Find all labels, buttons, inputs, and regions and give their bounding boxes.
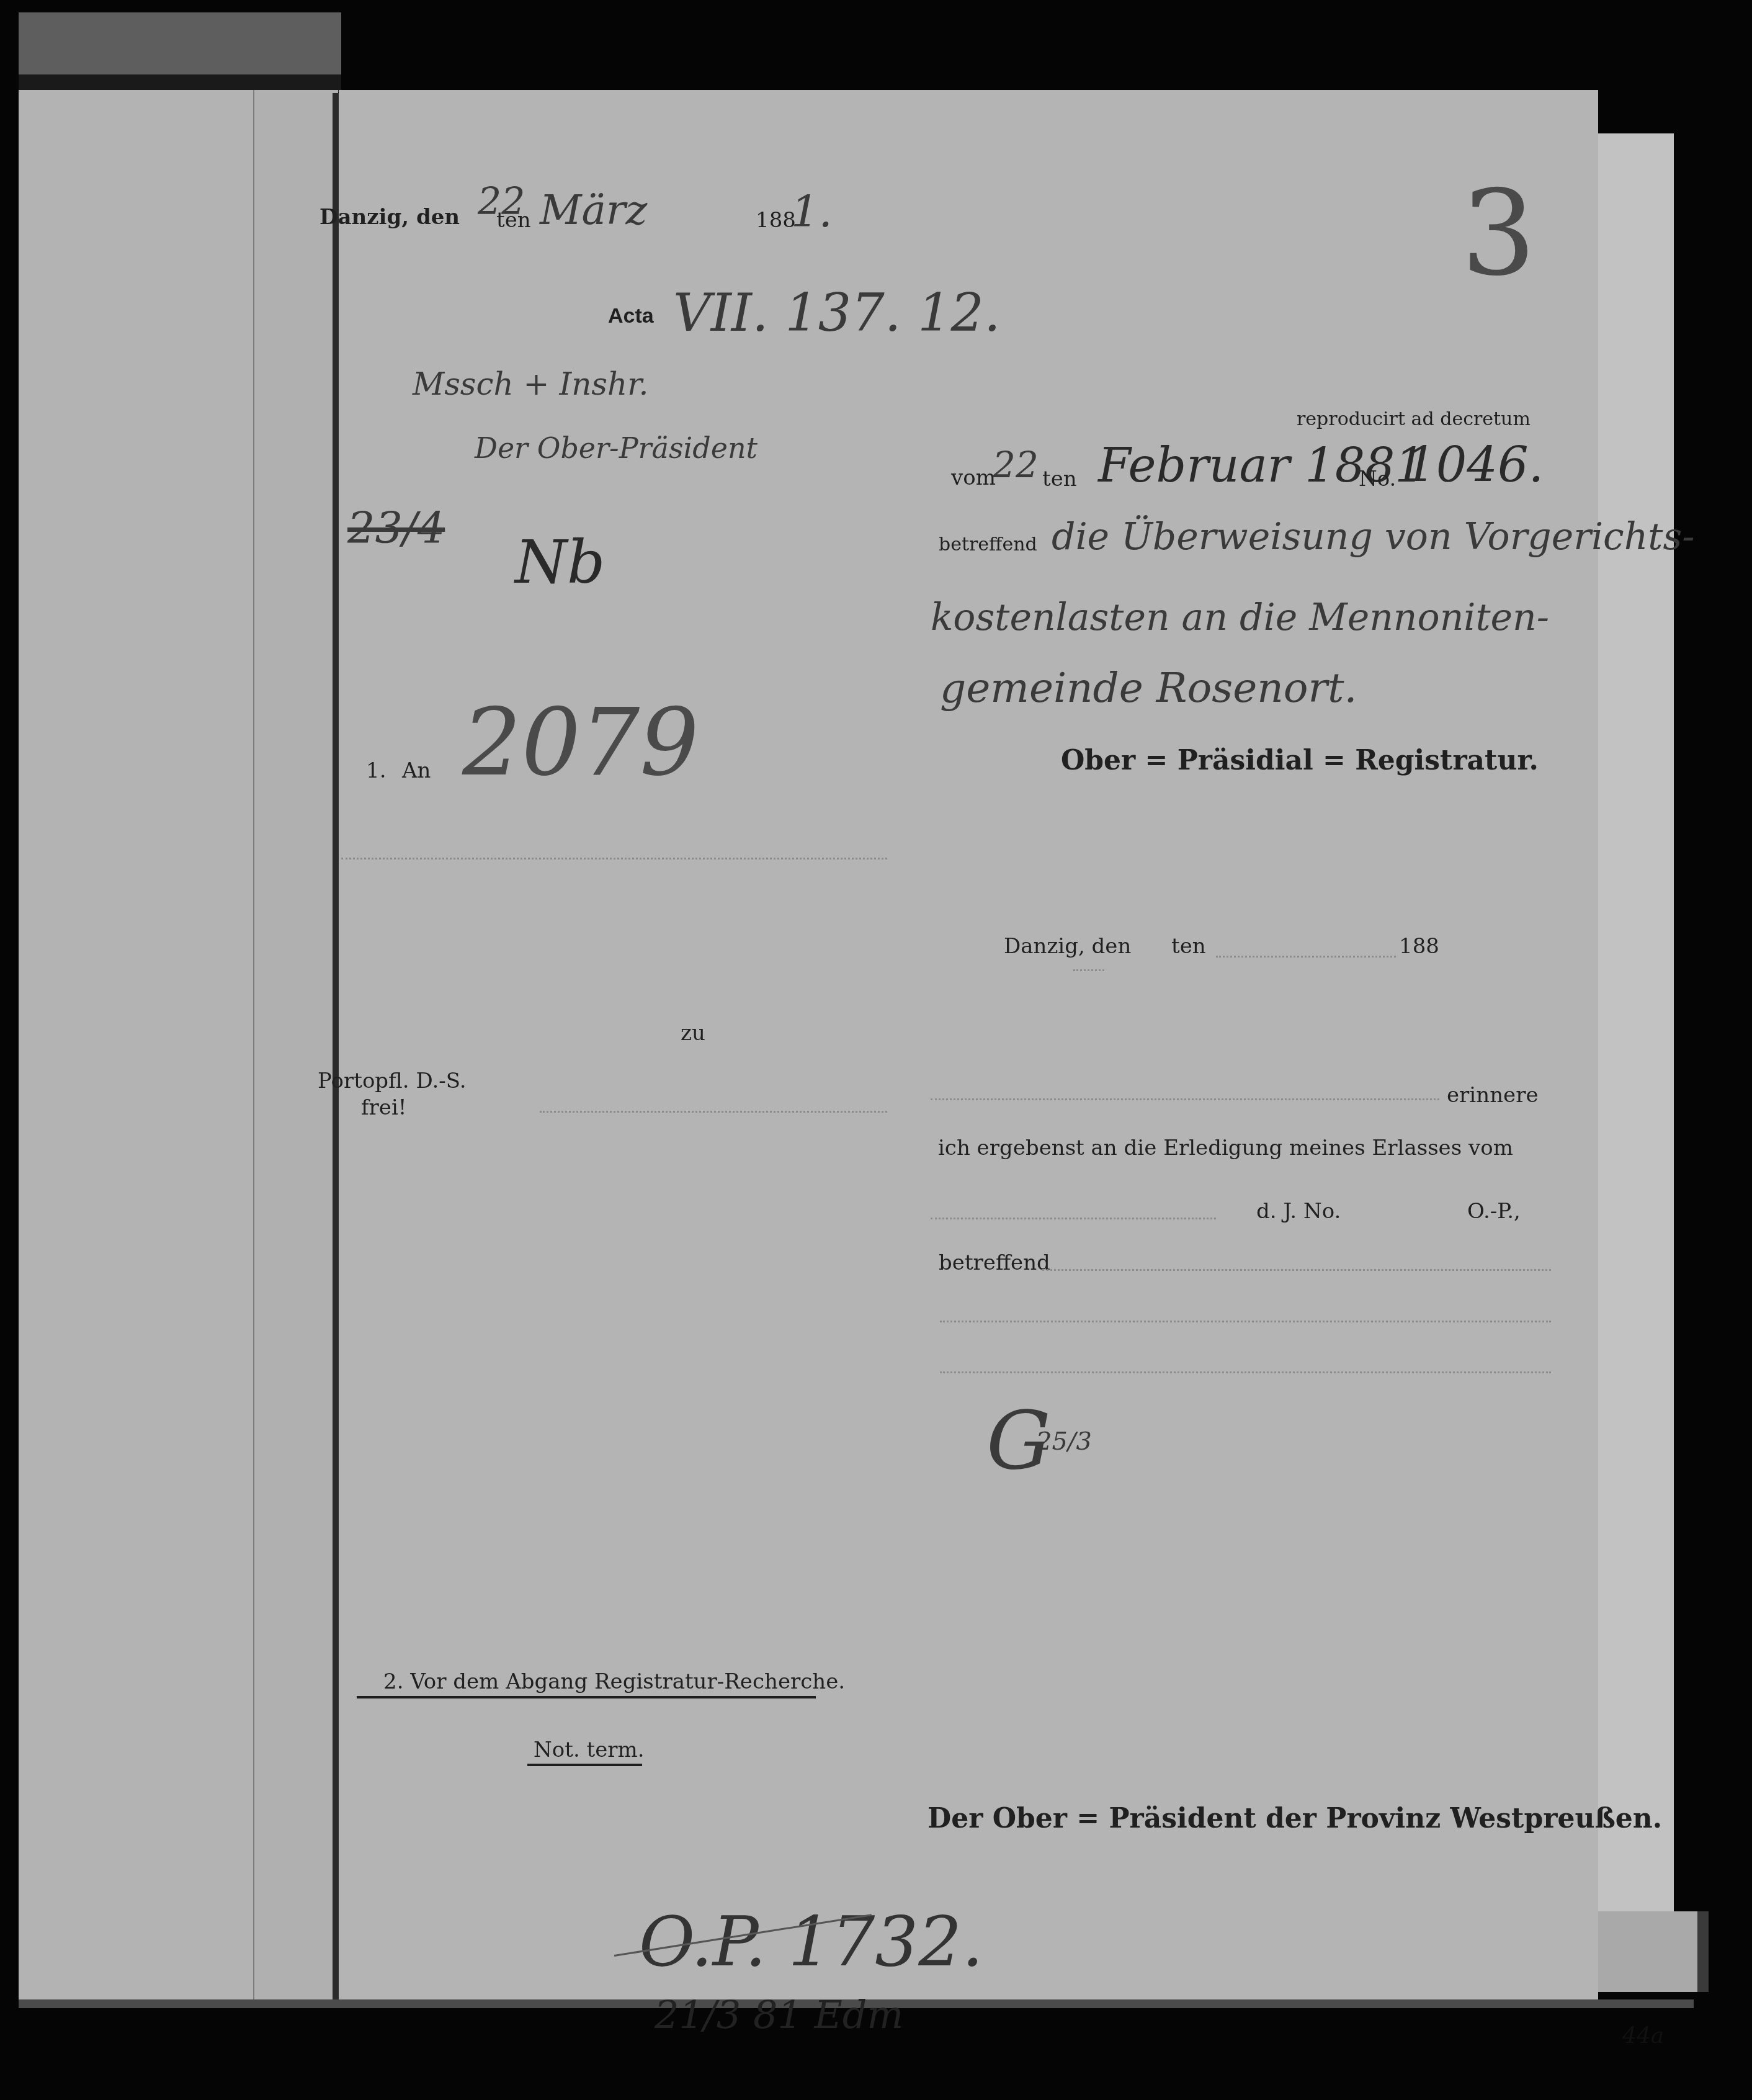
recipient-item-number: 1. [366, 758, 386, 783]
margin-note-line2: Der Ober-Präsident [475, 431, 758, 465]
margin-date-mark-crossed: 23/4 [347, 503, 445, 554]
decree-number-handwritten: 1046. [1405, 437, 1544, 493]
reminder-op-label: O.-P., [1467, 1199, 1521, 1224]
acta-reference-handwritten: VII. 137. 12. [673, 282, 1001, 343]
reminder-year-prefix: 188 [1399, 934, 1439, 959]
reminder-body-line: ich ergebenst an die Erledigung meines E… [938, 1136, 1513, 1160]
decree-vom-label: vom [951, 465, 996, 490]
header-month-handwritten: März [540, 186, 647, 234]
decree-betreffend-label: betreffend [939, 534, 1037, 555]
footer-received-date-handwritten: 21/3 81 Edm [655, 1992, 903, 2037]
reminder-ten-label: ten [1171, 934, 1206, 959]
reminder-subject-line2 [940, 1321, 1551, 1322]
margin-initials: Nb [515, 527, 605, 597]
reminder-date-handwritten: 25/3 [1036, 1427, 1092, 1456]
folio-number-handwritten: 3 [1461, 164, 1536, 302]
reminder-month-line [1216, 956, 1396, 958]
postage-note-line1: Portopfl. D.-S. [318, 1069, 467, 1093]
decree-ten-label: ten [1042, 467, 1077, 491]
scan-top-border [19, 12, 341, 78]
decree-subject-line2: kostenlasten an die Mennoniten- [931, 596, 1549, 639]
decree-no-label: No. [1359, 467, 1396, 491]
header-year-prefix: 188 [756, 208, 796, 233]
not-term-underline [527, 1764, 642, 1766]
reminder-subject-line1 [1042, 1269, 1551, 1271]
header-place-date-label: Danzig, den [320, 205, 460, 230]
reminder-place-date-label: Danzig, den [1004, 934, 1131, 959]
right-bottom-sheet-corner [1598, 1911, 1709, 1992]
footer-op-number-handwritten: O.P. 1732. [639, 1902, 983, 1981]
decree-subject-line3: gemeinde Rosenort. [940, 664, 1357, 712]
header-year-suffix-handwritten: 1. [791, 186, 833, 237]
reminder-day-line [1073, 969, 1104, 971]
reproduced-ad-decretum-label: reproducirt ad decretum [1297, 408, 1531, 430]
corner-mark-handwritten: 44a [1622, 2023, 1664, 2048]
reminder-betreffend-label: betreffend [939, 1250, 1050, 1275]
left-folded-leaf [19, 90, 254, 2001]
recipient-number-handwritten: 2079 [462, 689, 699, 797]
reminder-subject-line3 [940, 1371, 1551, 1373]
zu-line [540, 1111, 887, 1113]
scan-binding-shadow [19, 74, 341, 92]
recipient-an-label: An [402, 758, 431, 783]
reminder-dj-no-label: d. J. No. [1256, 1199, 1341, 1224]
signature-block: Der Ober = Präsident der Provinz Westpre… [927, 1803, 1662, 1834]
reminder-recipient-line [931, 1098, 1439, 1100]
left-folded-leaf-edge [253, 90, 338, 2001]
zu-label: zu [681, 1021, 705, 1046]
postage-note-line2: frei! [361, 1095, 407, 1120]
decree-subject-line1: die Überweisung von Vorgerichts- [1052, 515, 1695, 559]
page-spine-fold [333, 93, 339, 2001]
margin-note-line1: Mssch + Inshr. [413, 366, 649, 402]
reminder-erinnere-label: erinnere [1447, 1083, 1539, 1108]
acta-label: Acta [608, 304, 654, 328]
decree-day-handwritten: 22 [993, 444, 1039, 486]
registry-check-label: 2. Vor dem Abgang Registratur-Recherche. [383, 1669, 845, 1694]
right-underlying-sheet [1598, 133, 1674, 1914]
header-ten-label: ten [496, 208, 531, 233]
reminder-date-line [931, 1218, 1216, 1219]
recipient-address-line [341, 858, 887, 859]
registry-heading: Ober = Präsidial = Registratur. [1061, 745, 1539, 776]
not-term-label: Not. term. [534, 1738, 645, 1762]
registry-check-underline [357, 1696, 816, 1698]
